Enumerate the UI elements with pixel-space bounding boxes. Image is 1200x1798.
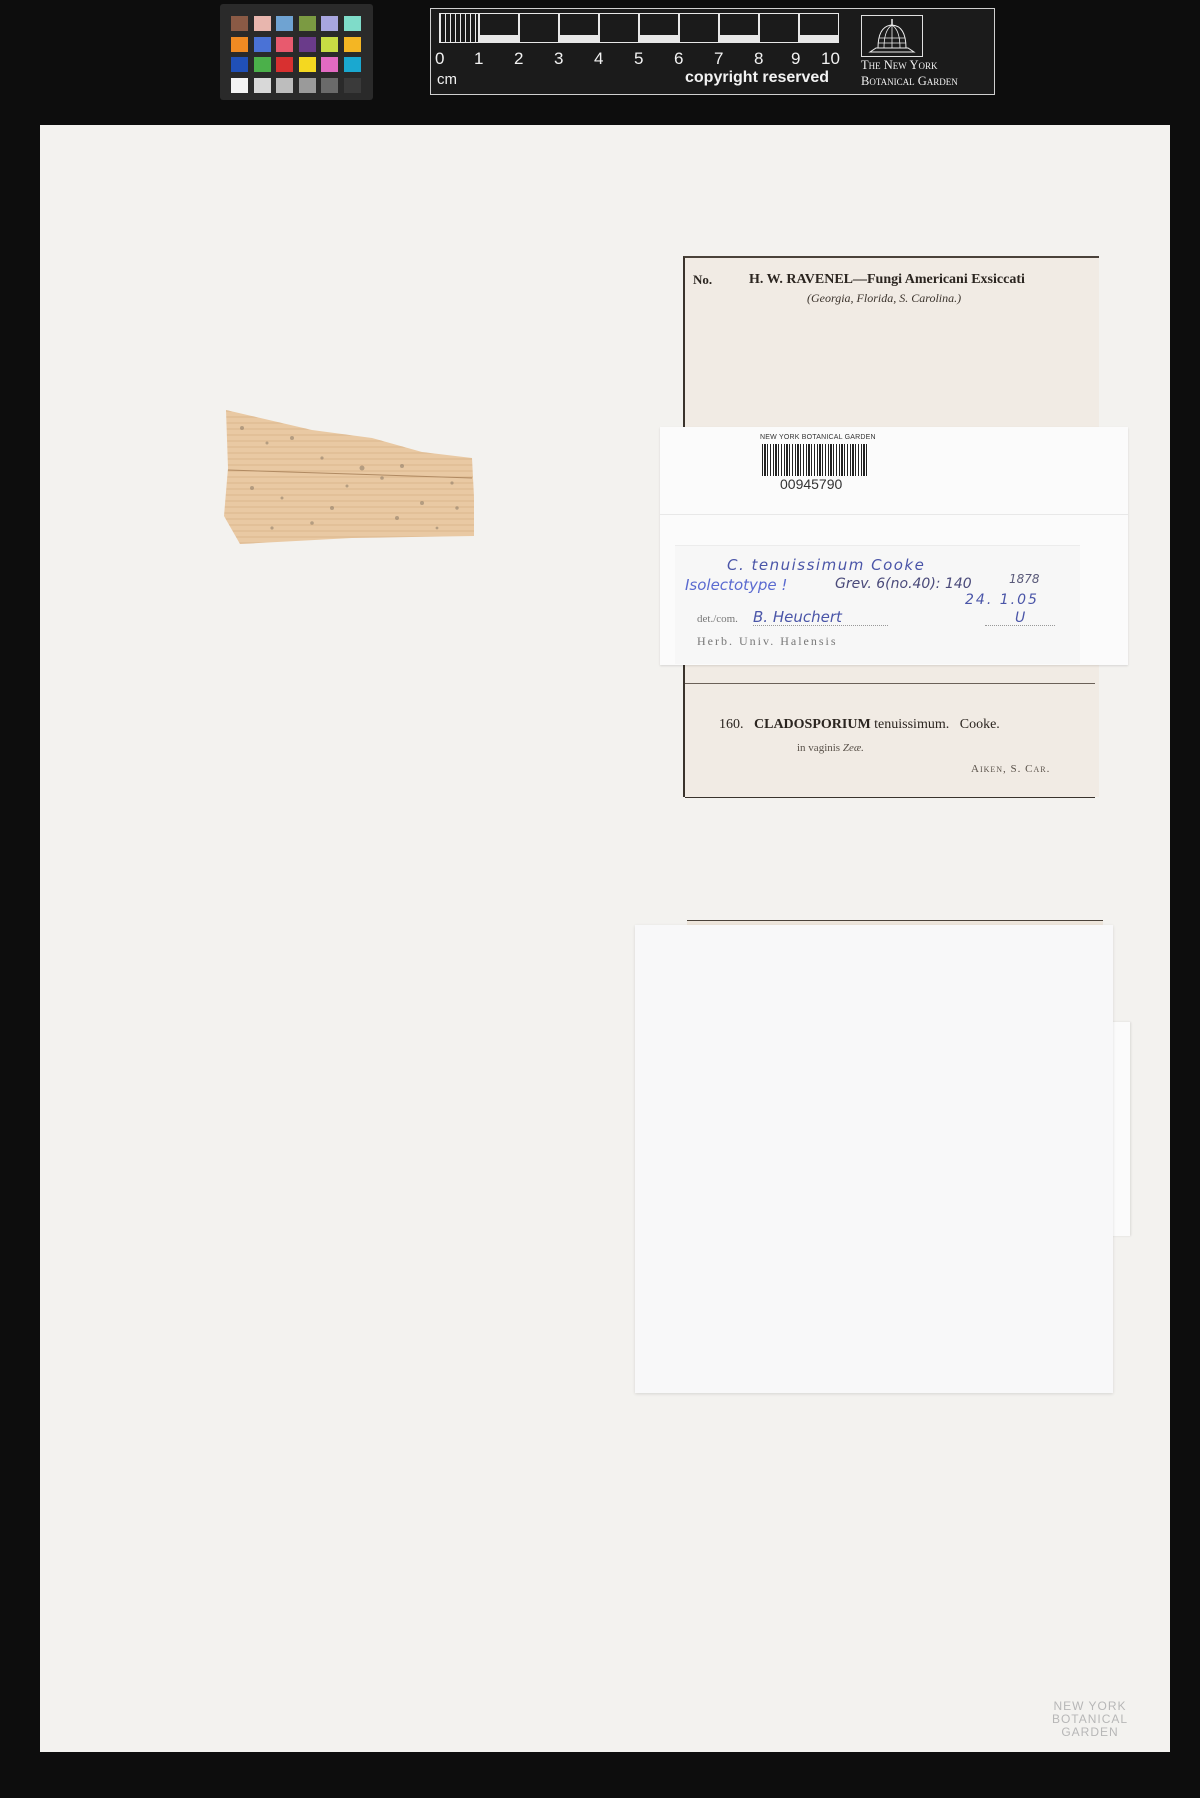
annotation-slip: C. tenuissimum Cooke Isolectotype ! Grev… [675,545,1080,664]
ruler-tick-5: 5 [634,49,643,69]
locality: Aiken, S. Car. [971,763,1050,775]
color-swatch [344,16,361,31]
color-swatch [254,78,271,93]
color-swatch [276,37,293,52]
fragment-packet [635,925,1113,1393]
ruler-tick-0: 0 [435,49,444,69]
color-swatch [254,57,271,72]
barcode-band: NEW YORK BOTANICAL GARDEN 00945790 C. te… [660,427,1128,665]
ruler-bars [439,13,839,43]
ruler-tick-7: 7 [714,49,723,69]
ruler-tick-9: 9 [791,49,800,69]
color-swatch [276,57,293,72]
ruler-tick-4: 4 [594,49,603,69]
color-swatch [321,16,338,31]
barcode-number: 00945790 [780,476,842,492]
annotation-date: 24. 1.05 [965,592,1039,608]
color-swatch [254,37,271,52]
color-swatch [344,78,361,93]
color-swatch [231,16,248,31]
color-swatch [276,78,293,93]
annotation-initials: U [1015,610,1025,626]
ruler-tick-6: 6 [674,49,683,69]
color-swatch [299,78,316,93]
label-subheading: (Georgia, Florida, S. Carolina.) [807,291,961,306]
det-label: det./com. [697,613,738,625]
barcode [762,444,868,476]
annotation-reference: Grev. 6(no.40): 140 [835,576,972,592]
ruler-tick-1: 1 [474,49,483,69]
color-calibration-card [220,4,373,100]
color-swatch [231,78,248,93]
determiner-name: B. Heuchert [753,608,842,626]
color-swatch [321,78,338,93]
habitat-line: in vaginis Zeæ. [797,742,864,754]
barcode-institution: NEW YORK BOTANICAL GARDEN [760,434,876,441]
ruler-tick-2: 2 [514,49,523,69]
ruler-tick-8: 8 [754,49,763,69]
herbarium-name: Herb. Univ. Halensis [697,634,838,649]
organization-name: The New York Botanical Garden [861,57,958,89]
copyright-text: copyright reserved [685,69,829,87]
ruler-unit: cm [437,71,457,88]
color-swatch [321,37,338,52]
label-no: No. [693,272,712,288]
label-heading: H. W. RAVENEL—Fungi Americani Exsiccati [749,272,1025,288]
color-swatch [299,16,316,31]
annotation-status: Isolectotype ! [685,576,787,594]
scale-ruler: 0 1 2 3 4 5 6 7 8 9 10 cm copyright rese… [430,8,995,95]
color-swatch [276,16,293,31]
color-swatch [231,57,248,72]
color-swatch [299,57,316,72]
color-swatch [344,37,361,52]
color-swatch [231,37,248,52]
taxon-line: 160. CLADOSPORIUM tenuissimum. Cooke. [719,717,1000,733]
annotation-year: 1878 [1009,572,1040,586]
specimen-fragment [222,408,474,544]
color-swatch [321,57,338,72]
color-swatch [299,37,316,52]
ruler-tick-10: 10 [821,49,840,69]
institution-stamp: NEW YORK BOTANICAL GARDEN [1040,1700,1140,1739]
ruler-tick-3: 3 [554,49,563,69]
conservatory-dome-icon [861,15,923,57]
color-swatch [344,57,361,72]
color-swatch [254,16,271,31]
annotation-taxon: C. tenuissimum Cooke [727,556,925,574]
